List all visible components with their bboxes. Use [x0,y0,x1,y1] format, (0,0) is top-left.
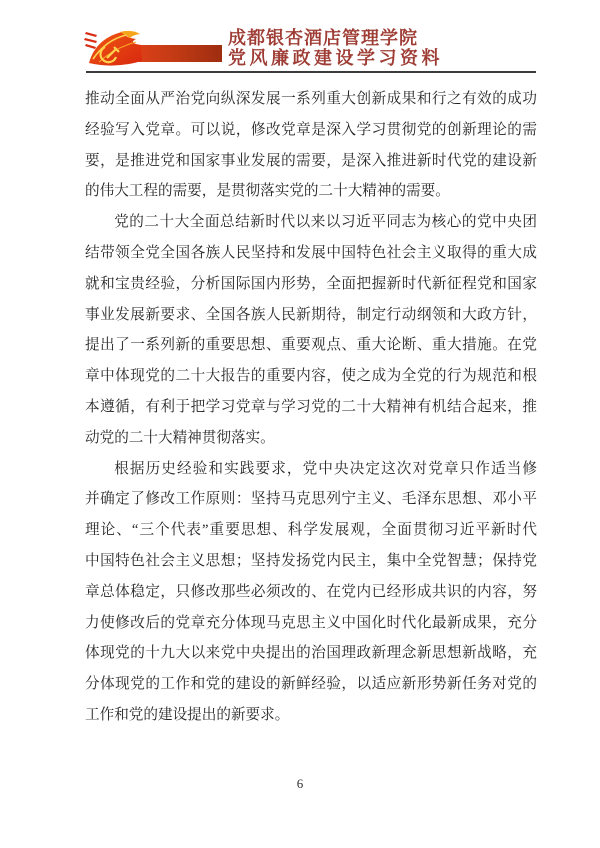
party-flame-logo-icon [84,28,224,68]
text-line: 的伟大工程的需要，是贯彻落实党的二十大精神的需要。 [85,176,537,207]
text-line: 结带领全党全国各族人民坚持和发展中国特色社会主义取得的重大成 [85,238,537,269]
doc-subtitle: 党风廉政建设学习资料 [228,49,443,68]
text-line: 经验写入党章。可以说，修改党章是深入学习贯彻党的创新理论的需 [85,115,537,146]
text-line: 根据历史经验和实践要求，党中央决定这次对党章只作适当修改， [85,454,537,485]
text-line: 提出了一系列新的重要思想、重要观点、重大论断、重大措施。在党 [85,330,537,361]
text-line: 事业发展新要求、全国各族人民新期待，制定行动纲领和大政方针， [85,300,537,331]
page-number: 6 [0,776,600,792]
text-line: 本遵循，有利于把学习党章与学习党的二十大精神有机结合起来，推 [85,392,537,423]
header-divider [86,71,536,73]
text-line: 分体现党的工作和党的建设的新鲜经验，以适应新形势新任务对党的 [85,669,537,700]
text-line: 章中体现党的二十大报告的重要内容，使之成为全党的行为规范和根 [85,361,537,392]
text-line: 党的二十大全面总结新时代以来以习近平同志为核心的党中央团 [85,207,537,238]
text-line: 推动全面从严治党向纵深发展一系列重大创新成果和行之有效的成功 [85,84,537,115]
text-line: 要，是推进党和国家事业发展的需要，是深入推进新时代党的建设新 [85,146,537,177]
org-title: 成都银杏酒店管理学院 [228,29,443,48]
body-text: 推动全面从严治党向纵深发展一系列重大创新成果和行之有效的成功经验写入党章。可以说… [85,84,537,731]
text-line: 工作和党的建设提出的新要求。 [85,700,537,731]
text-line: 章总体稳定，只修改那些必须改的、在党内已经形成共识的内容，努 [85,577,537,608]
text-line: 理论、“三个代表”重要思想、科学发展观，全面贯彻习近平新时代 [85,515,537,546]
header-titles: 成都银杏酒店管理学院 党风廉政建设学习资料 [228,29,443,68]
document-page: 成都银杏酒店管理学院 党风廉政建设学习资料 推动全面从严治党向纵深发展一系列重大… [0,0,600,848]
text-line: 力使修改后的党章充分体现马克思主义中国化时代化最新成果，充分 [85,608,537,639]
text-line: 中国特色社会主义思想；坚持发扬党内民主，集中全党智慧；保持党 [85,546,537,577]
text-line: 体现党的十九大以来党中央提出的治国理政新理念新思想新战略，充 [85,638,537,669]
text-line: 动党的二十大精神贯彻落实。 [85,423,537,454]
text-line: 并确定了修改工作原则：坚持马克思列宁主义、毛泽东思想、邓小平 [85,484,537,515]
text-line: 就和宝贵经验，分析国际国内形势，全面把握新时代新征程党和国家 [85,269,537,300]
